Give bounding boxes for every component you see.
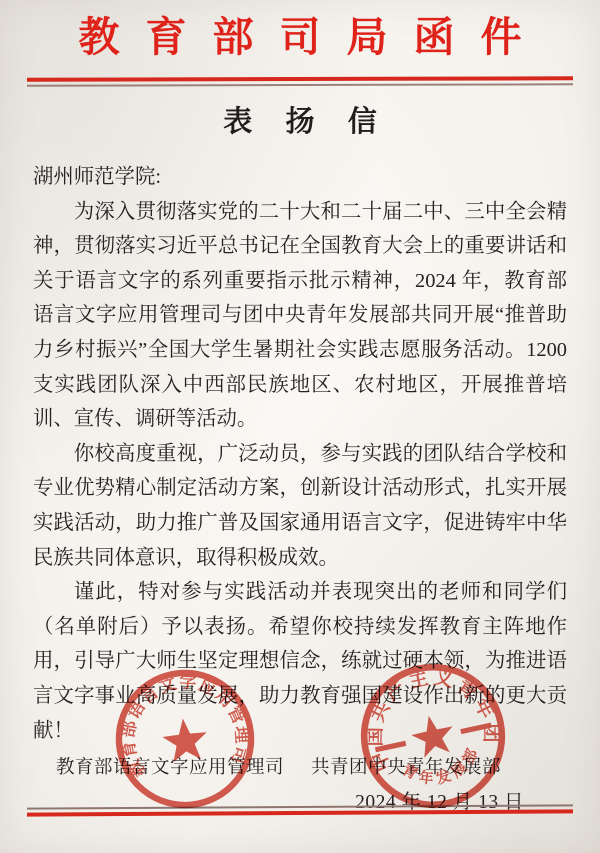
signature-right: 共青团中央青年发展部: [311, 753, 501, 779]
header-rule-red: [27, 76, 573, 81]
header-rule-thin: [27, 83, 573, 86]
signature-left: 教育部语言文字应用管理司: [56, 753, 284, 779]
commendation-letter-page: 教育部司局函件 表 扬 信 湖州师范学院: 为深入贯彻落实党的二十大和二十届二中…: [0, 0, 600, 853]
letter-body: 湖州师范学院: 为深入贯彻落实党的二十大和二十届二中、三中全会精神，贯彻落实习近…: [33, 160, 567, 748]
paragraph-2: 你校高度重视，广泛动员，参与实践的团队结合学校和专业优势精心制定活动方案，创新设…: [33, 437, 567, 575]
footer-rule-red: [27, 809, 573, 816]
paragraph-3: 谨此，特对参与实践活动并表现突出的老师和同学们（名单附后）予以表扬。希望你校持续…: [33, 575, 567, 748]
paragraph-1: 为深入贯彻落实党的二十大和二十届二中、三中全会精神，贯彻落实习近平总书记在全国教…: [33, 195, 567, 437]
document-header: 教育部司局函件: [0, 13, 600, 62]
salutation: 湖州师范学院:: [33, 160, 567, 195]
letter-title: 表 扬 信: [0, 104, 600, 142]
